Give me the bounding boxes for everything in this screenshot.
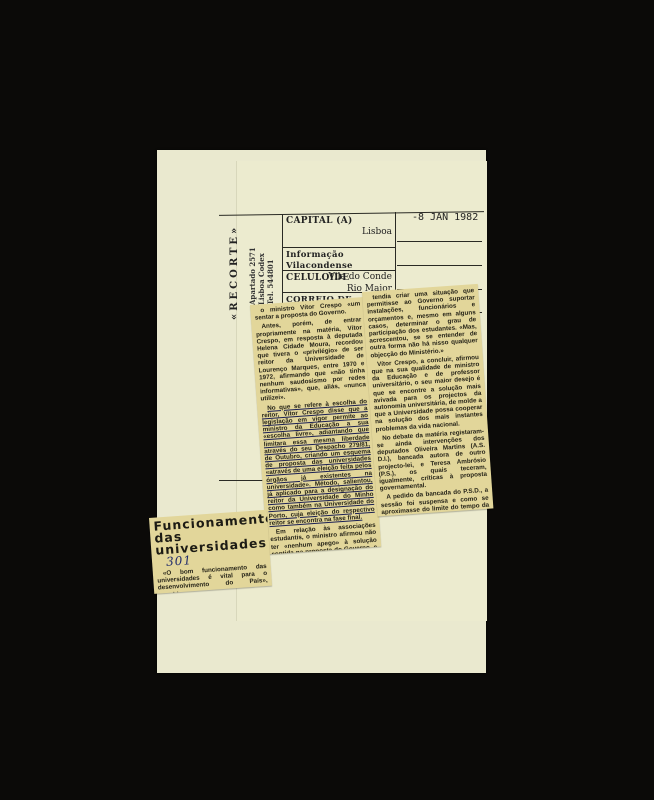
service-title: «RECORTE» xyxy=(229,225,240,320)
service-address-line: Lisboa Codex xyxy=(258,253,265,305)
headline: Funcionamento das universidades 301 xyxy=(153,513,266,569)
clipping-column-2: tendia criar uma situação que permitisse… xyxy=(362,284,493,517)
row-rule-2b xyxy=(397,265,482,266)
handwritten-note: 301 xyxy=(166,553,193,569)
publication-capital: CAPITAL (A) Lisboa xyxy=(286,216,392,238)
date-stamp: -8 JAN 1982 xyxy=(412,212,478,223)
paragraph: Antes, porém, de entrar propriamente na … xyxy=(255,317,366,403)
service-address-line: Apartado 2571 xyxy=(249,247,256,305)
paragraph: No que se refere à escolha do reitor, Ví… xyxy=(261,398,375,528)
row-rule-1 xyxy=(282,247,395,248)
paragraph: Vítor Crespo, a concluir, afirmou que na… xyxy=(371,354,484,433)
headline-text: Funcionamento das universidades xyxy=(153,510,272,557)
paragraph: tendia criar uma situação que permitisse… xyxy=(366,287,478,359)
row-rule-1b xyxy=(397,241,482,242)
clipping-column-1: o ministro Vítor Crespo «um sentar a pro… xyxy=(250,297,381,554)
service-address-line: Tel. 544801 xyxy=(267,259,274,305)
paragraph: No debate da matéria registaram-se ainda… xyxy=(376,428,488,493)
clipping-headline-piece: Funcionamento das universidades 301 «O b… xyxy=(149,510,272,594)
publication-name: Informação Vilacondense xyxy=(286,250,392,272)
publication-city: Lisboa xyxy=(286,227,392,238)
publication-name: CAPITAL (A) xyxy=(286,216,392,227)
publication-name: CELULOIDE xyxy=(286,273,392,284)
